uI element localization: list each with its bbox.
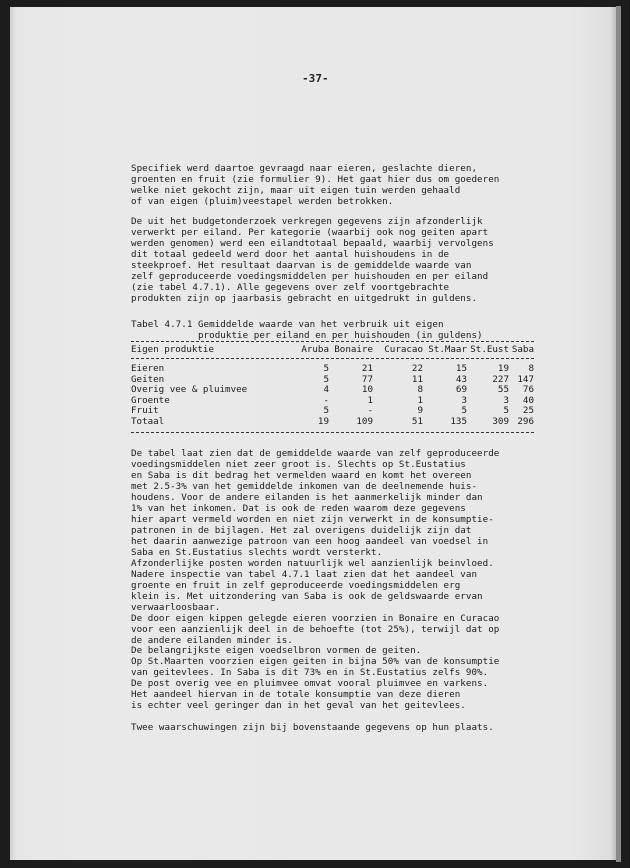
table-cell: 51: [373, 417, 423, 428]
text-line: met 2.5-3% van het gemiddelde inkomen va…: [131, 481, 499, 492]
column-header: Saba: [509, 345, 534, 356]
paragraph-intro: Specifiek werd daartoe gevraagd naar eie…: [131, 163, 499, 207]
table-cell: 11: [373, 375, 423, 386]
text-line: van geitevlees. In Saba is dit 73% en in…: [131, 667, 499, 678]
table-cell: 10: [329, 385, 373, 396]
table-cell: 15: [423, 364, 467, 375]
text-line: Specifiek werd daartoe gevraagd naar eie…: [131, 163, 499, 174]
text-line: is echter veel geringer dan in het geval…: [131, 700, 499, 711]
table-cell: 5: [281, 364, 329, 375]
text-line: De belangrijkste eigen voedselbron vorme…: [131, 645, 499, 656]
table-row: Fruit5-95525: [131, 406, 534, 417]
column-header: St.Eust: [467, 345, 509, 356]
table-cell: 22: [373, 364, 423, 375]
text-line: voedingsmiddelen niet zeer groot is. Sle…: [131, 459, 499, 470]
text-line: Twee waarschuwingen zijn bij bovenstaand…: [131, 722, 494, 733]
column-header: St.Maar: [423, 345, 467, 356]
text-line: De tabel laat zien dat de gemiddelde waa…: [131, 448, 499, 459]
table-row: Eieren5212215198: [131, 364, 534, 375]
table-row: Overig vee & pluimvee4108695576: [131, 385, 534, 396]
table-header-row: Eigen produktieArubaBonaireCuracaoSt.Maa…: [131, 345, 534, 356]
table-row: Groente-113340: [131, 396, 534, 407]
table-cell: 19: [467, 364, 509, 375]
text-line: (zie tabel 4.7.1). Alle gegevens over ze…: [131, 282, 494, 293]
paragraph-discussion: De tabel laat zien dat de gemiddelde waa…: [131, 448, 499, 646]
text-line: en Saba is dit bedrag het vermelden waar…: [131, 470, 499, 481]
text-line: patronen in de bijlagen. Het zal overige…: [131, 525, 499, 536]
table-cell: 1: [329, 396, 373, 407]
text-line: welke niet gekocht zijn, maar uit eigen …: [131, 185, 499, 196]
table-header: Eigen produktieArubaBonaireCuracaoSt.Maa…: [131, 345, 534, 356]
text-line: werden genomen) werd een eilandtotaal be…: [131, 238, 494, 249]
text-line: houdens. Voor de andere eilanden is het …: [131, 492, 499, 503]
row-label: Totaal: [131, 417, 281, 428]
table-cell: 135: [423, 417, 467, 428]
text-line: De door eigen kippen gelegde eieren voor…: [131, 613, 499, 624]
text-line: Nadere inspectie van tabel 4.7.1 laat zi…: [131, 569, 499, 580]
table-cell: 19: [281, 417, 329, 428]
table-cell: 8: [373, 385, 423, 396]
text-line: De uit het budgetonderzoek verkregen geg…: [131, 216, 494, 227]
text-line: of van eigen (pluim)veestapel werden bet…: [131, 196, 499, 207]
text-line: steekproef. Het resultaat daarvan is de …: [131, 260, 494, 271]
text-line: Afzonderlijke posten worden natuurlijk w…: [131, 558, 499, 569]
table-caption-line2: produktie per eiland en per huishouden (…: [131, 330, 483, 341]
row-label: Eieren: [131, 364, 281, 375]
text-line: Saba en St.Eustatius slechts wordt verst…: [131, 547, 499, 558]
text-line: verwerkt per eiland. Per kategorie (waar…: [131, 227, 494, 238]
text-line: groente en fruit in zelf geproduceerde v…: [131, 580, 499, 591]
text-line: het daarin aanwezige patroon van een hoo…: [131, 536, 499, 547]
table-cell: 109: [329, 417, 373, 428]
page-number: -37-: [302, 73, 329, 84]
table-cell: 21: [329, 364, 373, 375]
table-rule-header: [131, 358, 534, 359]
text-line: Het aandeel hiervan in de totale konsump…: [131, 689, 499, 700]
table-body: Eieren5212215198Geiten5771143227147Overi…: [131, 364, 534, 428]
column-header: Curacao: [373, 345, 423, 356]
table-cell: 309: [467, 417, 509, 428]
column-header: Bonaire: [329, 345, 373, 356]
text-line: klein is. Met uitzondering van Saba is o…: [131, 591, 499, 602]
table-rule-top: [131, 341, 534, 342]
table-cell: 5: [281, 375, 329, 386]
text-line: 1% van het inkomen. Dat is ook de reden …: [131, 503, 499, 514]
table-cell: 69: [423, 385, 467, 396]
paragraph-method: De uit het budgetonderzoek verkregen geg…: [131, 216, 494, 304]
column-header: Eigen produktie: [131, 345, 281, 356]
page-edge: [616, 6, 621, 862]
paragraph-warnings: Twee waarschuwingen zijn bij bovenstaand…: [131, 722, 494, 733]
text-line: dit totaal gedeeld werd door het aantal …: [131, 249, 494, 260]
paragraph-goats: De belangrijkste eigen voedselbron vorme…: [131, 645, 499, 711]
text-line: voor een aanzienlijk deel in de behoefte…: [131, 624, 499, 635]
table-cell: 3: [423, 396, 467, 407]
text-line: zelf geproduceerde voedingsmiddelen per …: [131, 271, 494, 282]
text-line: hier apart vermeld worden en niet zijn v…: [131, 514, 499, 525]
table-row: Totaal1910951135309296: [131, 417, 534, 428]
table-cell: 8: [509, 364, 534, 375]
text-line: groenten en fruit (zie formulier 9). Het…: [131, 174, 499, 185]
text-line: Op St.Maarten voorzien eigen geiten in b…: [131, 656, 499, 667]
text-line: produkten zijn op jaarbasis gebracht en …: [131, 293, 494, 304]
table-cell: 1: [373, 396, 423, 407]
table-cell: -: [281, 396, 329, 407]
column-header: Aruba: [281, 345, 329, 356]
text-line: verwaarloosbaar.: [131, 602, 499, 613]
table-caption-line1: Tabel 4.7.1 Gemiddelde waarde van het ve…: [131, 319, 483, 330]
text-line: De post overig vee en pluimvee omvat voo…: [131, 678, 499, 689]
table-cell: 296: [509, 417, 534, 428]
table-cell: 4: [281, 385, 329, 396]
table-rule-bottom: [131, 432, 534, 433]
